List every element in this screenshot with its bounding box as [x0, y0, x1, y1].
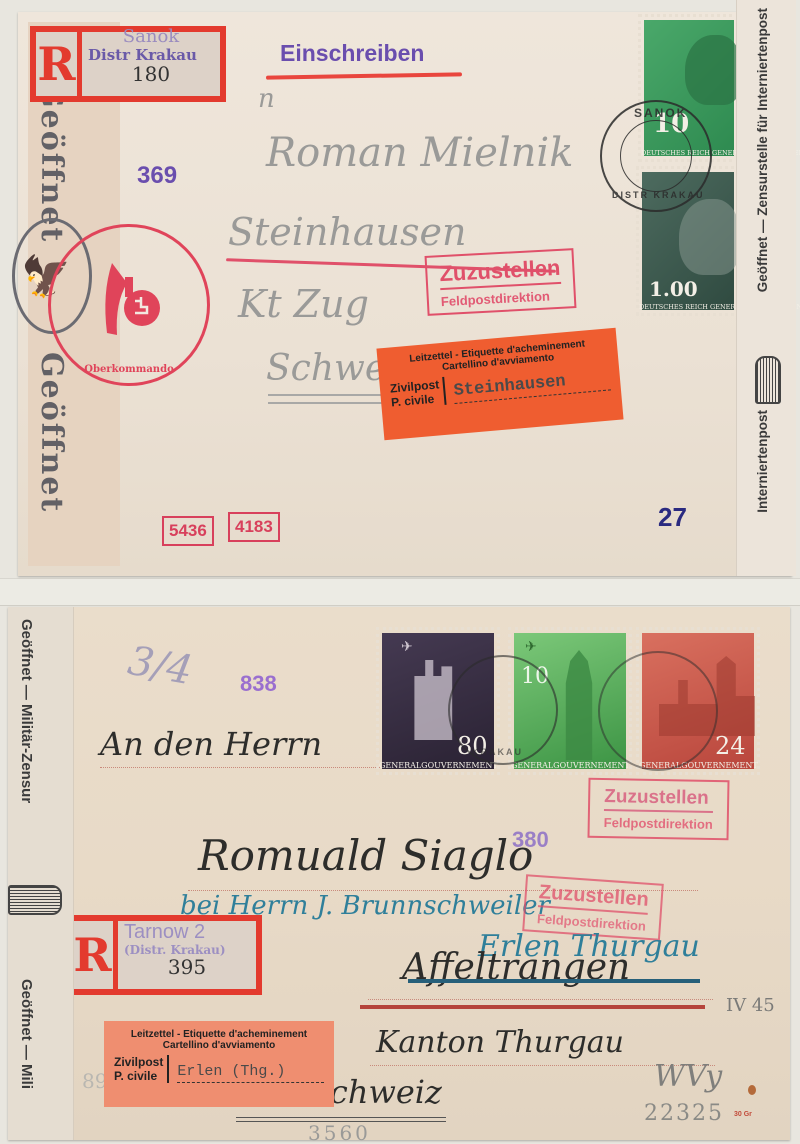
routing-destination: Erlen (Thg.) [177, 1063, 324, 1083]
censor-emblem-icon [755, 356, 781, 404]
postmark-second [598, 651, 718, 771]
routing-label-steinhausen: Leitzettel - Etiquette d'acheminement Ca… [376, 328, 623, 441]
routing-label-line2: Cartellino d'avviamento [114, 1040, 324, 1051]
censor-number-369: 369 [137, 162, 177, 190]
blue-strikethrough [408, 979, 700, 983]
reg-number: 180 [82, 62, 220, 86]
cover-2-left-censor-tape: Geöffnet — Militär-Zensur Geöffnet — Mil… [8, 607, 74, 1140]
tape-text-zensurstelle: Geöffnet — Zensurstelle für Internierten… [755, 8, 770, 292]
pencil-number: 22325 [644, 1101, 724, 1126]
red-underline [266, 72, 462, 79]
red-line [360, 1005, 705, 1009]
tape-text-geoffnet: Geöffnet [34, 352, 69, 513]
blue-number-27: 27 [658, 502, 687, 533]
reg-office: Sanok [82, 26, 220, 47]
address-prefix: n [258, 84, 275, 114]
stamp-value: 24 [715, 732, 746, 760]
cover-1-right-censor-tape: Geöffnet — Zensurstelle für Internierten… [736, 0, 796, 576]
album-page-divider [0, 578, 800, 606]
zuzustellen-sub: Feldpostdirektion [441, 288, 563, 309]
portrait-icon [685, 35, 741, 105]
address-name: Romuald Siaglo [198, 831, 533, 880]
eagle-swastika-icon [97, 253, 167, 353]
postmark-bottom-text: DISTR KRAKAU [612, 190, 705, 200]
postmark-top-text: SANOK [634, 106, 687, 120]
cover-1-envelope: Geöffnet Geöffnet 🦅 Oberkommando R Sanok… [18, 12, 792, 576]
zuzustellen-stamp: Zuzustellen Feldpostdirektion [425, 248, 577, 316]
zuzustellen-title: Zuzustellen [439, 255, 561, 290]
pencil-signature: WVy [654, 1059, 722, 1094]
stamp-value: 1.00 [649, 277, 698, 301]
registration-r-mark: R [36, 32, 82, 96]
registration-label-tarnow: R Tarnow 2 (Distr. Krakau) 395 [66, 915, 262, 995]
address-prefix: An den Herrn [100, 725, 322, 763]
routing-pcivile: P. civile [114, 1069, 163, 1083]
address-dotted-line [368, 999, 713, 1000]
portrait-icon [679, 199, 739, 275]
tape-text-militar-zensur: Geöffnet — Militär-Zensur [18, 619, 35, 803]
pencil-bottom-number: 3560 [308, 1121, 371, 1144]
eagle-icon: ✈ [525, 638, 537, 655]
postmark-text: KRAKAU [472, 747, 523, 757]
address-line-canton: Kt Zug [238, 282, 369, 326]
zuzustellen-sub: Feldpostdirektion [604, 815, 713, 832]
routing-zivilpost: Zivilpost [114, 1055, 163, 1069]
reg-number: 395 [118, 955, 256, 979]
pencil-date-mark: IV 45 [726, 995, 775, 1016]
routing-label-erlen: Leitzettel - Etiquette d'acheminement Ca… [104, 1021, 334, 1107]
okw-circle-text: Oberkommando [51, 364, 207, 375]
registration-r-mark: R [72, 921, 118, 989]
address-canton: Kanton Thurgau [376, 1025, 624, 1060]
address-line-town: Steinhausen [228, 210, 466, 254]
pencil-mark: 3/4 [124, 638, 195, 694]
stamp-caption: GENERALGOUVERNEMENT [511, 761, 629, 770]
routing-destination: Steinhausen [453, 368, 611, 404]
einschreiben-stamp: Einschreiben [280, 40, 424, 67]
censor-box-5436: 5436 [162, 516, 214, 546]
red-censor-stamp-okw: Oberkommando [48, 224, 210, 386]
postmark-sanok: SANOK DISTR KRAKAU [600, 100, 712, 212]
zuzustellen-stamp: Zuzustellen Feldpostdirektion [587, 778, 729, 840]
stamp-caption: GENERALGOUVERNEMENT [379, 761, 497, 770]
address-dotted-line [100, 767, 380, 768]
rust-spot [748, 1085, 756, 1095]
censor-box-4183: 4183 [228, 512, 280, 542]
zuzustellen-title: Zuzustellen [604, 786, 713, 813]
violet-number-838: 838 [240, 671, 277, 697]
routing-label-line1: Leitzettel - Etiquette d'acheminement [114, 1029, 324, 1040]
tape-text-interniertenpost: Interniertenpost [755, 410, 770, 513]
address-line-name: Roman Mielnik [266, 130, 573, 176]
double-underline [236, 1117, 446, 1118]
eagle-icon: ✈ [401, 638, 413, 655]
censor-emblem-icon [8, 885, 62, 915]
stamp-caption: DEUTSCHES REICH GENERALGOUVERNEMENT [639, 303, 737, 311]
routing-pcivile: P. civile [391, 391, 441, 409]
tape-text-militar-zensur: Geöffnet — Mili [18, 979, 35, 1089]
reg-office: Tarnow 2 [124, 921, 256, 944]
zuzustellen-title: Zuzustellen [538, 881, 650, 915]
print-weight: 30 Gr [734, 1111, 752, 1118]
registration-label-sanok: R Sanok Distr Krakau 180 [30, 26, 226, 102]
cover-2-envelope: 3/4 838 An den Herrn ✈ 80 GENERALGOUVERN… [8, 607, 790, 1140]
postmark-krakau: KRAKAU [448, 655, 558, 765]
